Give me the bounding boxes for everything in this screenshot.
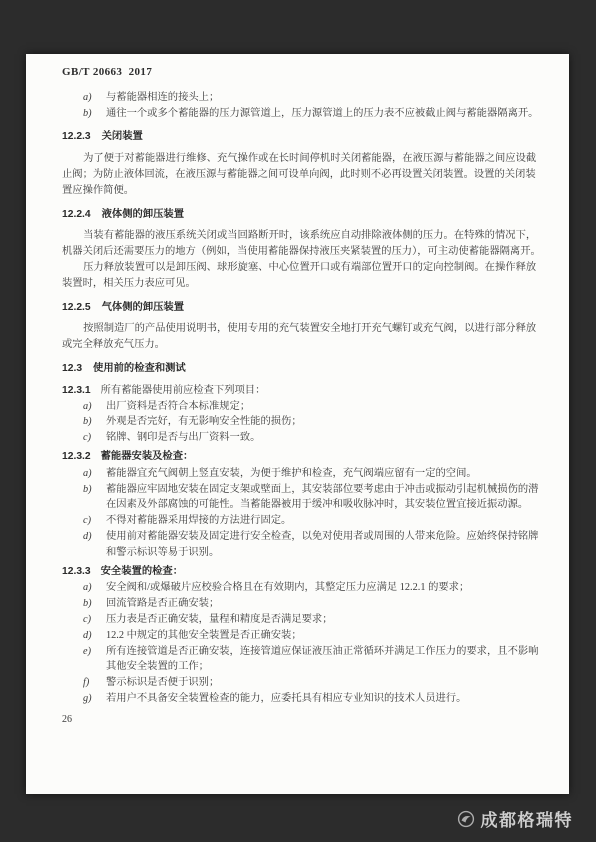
- clause-number: 12.3.2: [62, 451, 91, 462]
- list-item-text: 所有连接管道是否正确安装，连接管道应保证液压油正常循环并满足工作压力的要求，且不…: [106, 644, 543, 676]
- list-item-label: a): [83, 399, 106, 415]
- screenshot-root: { "document": { "header": "GB/T 20663 20…: [0, 0, 596, 842]
- document-body: a)与蓄能器相连的接头上；b)通往一个或多个蓄能器的压力源管道上，压力源管道上的…: [62, 90, 543, 707]
- list-item-label: c): [83, 430, 106, 446]
- list-item-label: b): [83, 596, 106, 612]
- section-heading: 12.3.3安全装置的检查：: [62, 564, 543, 580]
- heading-title: 关闭装置: [102, 131, 143, 142]
- list-item: d)使用前对蓄能器安装及固定进行安全检查，以免对使用者或周围的人带来危险。应始终…: [62, 529, 543, 561]
- clause-number: 12.2.3: [62, 131, 91, 142]
- heading-title: 安全装置的检查：: [101, 566, 183, 577]
- list-item-label: b): [83, 106, 106, 122]
- list-item: b)蓄能器应牢固地安装在固定支架或壁面上，其安装部位要考虑由于冲击或振动引起机械…: [62, 482, 543, 514]
- list-item-label: a): [83, 466, 106, 482]
- numbered-clause: 12.3.1所有蓄能器使用前应检查下列项目：: [62, 383, 543, 399]
- paragraph: 按照制造厂的产品使用说明书，使用专用的充气装置安全地打开充气螺钉或充气阀，以进行…: [62, 321, 543, 353]
- list-item: a)与蓄能器相连的接头上；: [62, 90, 543, 106]
- list-item-label: c): [83, 513, 106, 529]
- standard-number-header: GB/T 20663 2017: [62, 65, 543, 81]
- clause-number: 12.2.5: [62, 302, 91, 313]
- list-item-text: 12.2 中规定的其他安全装置是否正确安装；: [106, 628, 543, 644]
- list-item: c)压力表是否正确安装，量程和精度是否满足要求；: [62, 612, 543, 628]
- list-item-label: b): [83, 482, 106, 514]
- clause-number: 12.3.1: [62, 385, 91, 396]
- list-item-label: a): [83, 580, 106, 596]
- list-item-label: b): [83, 414, 106, 430]
- watermark: 成都格瑞特: [457, 806, 574, 831]
- list-item: f)警示标识是否便于识别；: [62, 675, 543, 691]
- list-item-text: 使用前对蓄能器安装及固定进行安全检查，以免对使用者或周围的人带来危险。应始终保持…: [106, 529, 543, 561]
- list-item-label: d): [83, 628, 106, 644]
- document-content: GB/T 20663 2017 a)与蓄能器相连的接头上；b)通往一个或多个蓄能…: [62, 65, 543, 794]
- heading-title: 液体侧的卸压装置: [102, 209, 184, 220]
- watermark-text: 成都格瑞特: [481, 806, 574, 831]
- clause-number: 12.2.4: [62, 209, 91, 220]
- list-item: a)安全阀和/或爆破片应校验合格且在有效期内，其整定压力应满足 12.2.1 的…: [62, 580, 543, 596]
- list-item-label: e): [83, 644, 106, 676]
- list-item: a)蓄能器宜充气阀朝上竖直安装，为便于维护和检查，充气阀端应留有一定的空间。: [62, 466, 543, 482]
- list-item-text: 安全阀和/或爆破片应校验合格且在有效期内，其整定压力应满足 12.2.1 的要求…: [106, 580, 543, 596]
- list-item-text: 蓄能器宜充气阀朝上竖直安装，为便于维护和检查，充气阀端应留有一定的空间。: [106, 466, 543, 482]
- list-item: c)不得对蓄能器采用焊接的方法进行固定。: [62, 513, 543, 529]
- document-page: GB/T 20663 2017 a)与蓄能器相连的接头上；b)通往一个或多个蓄能…: [26, 54, 569, 794]
- list-item-text: 蓄能器应牢固地安装在固定支架或壁面上，其安装部位要考虑由于冲击或振动引起机械损伤…: [106, 482, 543, 514]
- clause-number: 12.3.3: [62, 566, 91, 577]
- section-heading: 12.2.3关闭装置: [62, 129, 543, 145]
- paragraph: 为了便于对蓄能器进行维修、充气操作或在长时间停机时关闭蓄能器，在液压源与蓄能器之…: [62, 151, 543, 198]
- list-item-label: a): [83, 90, 106, 106]
- section-heading: 12.3.2蓄能器安装及检查：: [62, 449, 543, 465]
- list-item-text: 压力表是否正确安装，量程和精度是否满足要求；: [106, 612, 543, 628]
- list-item: g)若用户不具备安全装置检查的能力，应委托具有相应专业知识的技术人员进行。: [62, 691, 543, 707]
- section-heading: 12.2.4液体侧的卸压装置: [62, 207, 543, 223]
- heading-title: 蓄能器安装及检查：: [101, 451, 194, 462]
- list-item: c)铭牌、钢印是否与出厂资料一致。: [62, 430, 543, 446]
- list-item-text: 若用户不具备安全装置检查的能力，应委托具有相应专业知识的技术人员进行。: [106, 691, 543, 707]
- list-item-label: c): [83, 612, 106, 628]
- list-item-text: 外观是否完好，有无影响安全性能的损伤；: [106, 414, 543, 430]
- paragraph: 压力释放装置可以是卸压阀、球形旋塞、中心位置开口或有端部位置开口的定向控制阀。在…: [62, 260, 543, 292]
- list-item-label: d): [83, 529, 106, 561]
- section-heading: 12.3使用前的检查和测试: [62, 361, 543, 377]
- heading-title: 使用前的检查和测试: [93, 363, 186, 374]
- list-item-label: g): [83, 691, 106, 707]
- list-item-text: 回流管路是否正确安装；: [106, 596, 543, 612]
- list-item-text: 铭牌、钢印是否与出厂资料一致。: [106, 430, 543, 446]
- list-item-text: 通往一个或多个蓄能器的压力源管道上，压力源管道上的压力表不应被截止阀与蓄能器隔离…: [106, 106, 543, 122]
- page-number: 26: [62, 712, 543, 728]
- list-item: b)外观是否完好，有无影响安全性能的损伤；: [62, 414, 543, 430]
- heading-title: 气体侧的卸压装置: [102, 302, 184, 313]
- list-item-text: 不得对蓄能器采用焊接的方法进行固定。: [106, 513, 543, 529]
- list-item: d)12.2 中规定的其他安全装置是否正确安装；: [62, 628, 543, 644]
- section-heading: 12.2.5气体侧的卸压装置: [62, 300, 543, 316]
- list-item-text: 警示标识是否便于识别；: [106, 675, 543, 691]
- list-item: b)回流管路是否正确安装；: [62, 596, 543, 612]
- swirl-logo-icon: [457, 810, 475, 828]
- list-item: e)所有连接管道是否正确安装，连接管道应保证液压油正常循环并满足工作压力的要求，…: [62, 644, 543, 676]
- list-item: b)通往一个或多个蓄能器的压力源管道上，压力源管道上的压力表不应被截止阀与蓄能器…: [62, 106, 543, 122]
- list-item: a)出厂资料是否符合本标准规定；: [62, 399, 543, 415]
- paragraph: 当装有蓄能器的液压系统关闭或当回路断开时，该系统应自动排除液体侧的压力。在特殊的…: [62, 228, 543, 260]
- list-item-label: f): [83, 675, 106, 691]
- clause-text: 所有蓄能器使用前应检查下列项目：: [101, 385, 266, 396]
- list-item-text: 出厂资料是否符合本标准规定；: [106, 399, 543, 415]
- clause-number: 12.3: [62, 363, 82, 374]
- list-item-text: 与蓄能器相连的接头上；: [106, 90, 543, 106]
